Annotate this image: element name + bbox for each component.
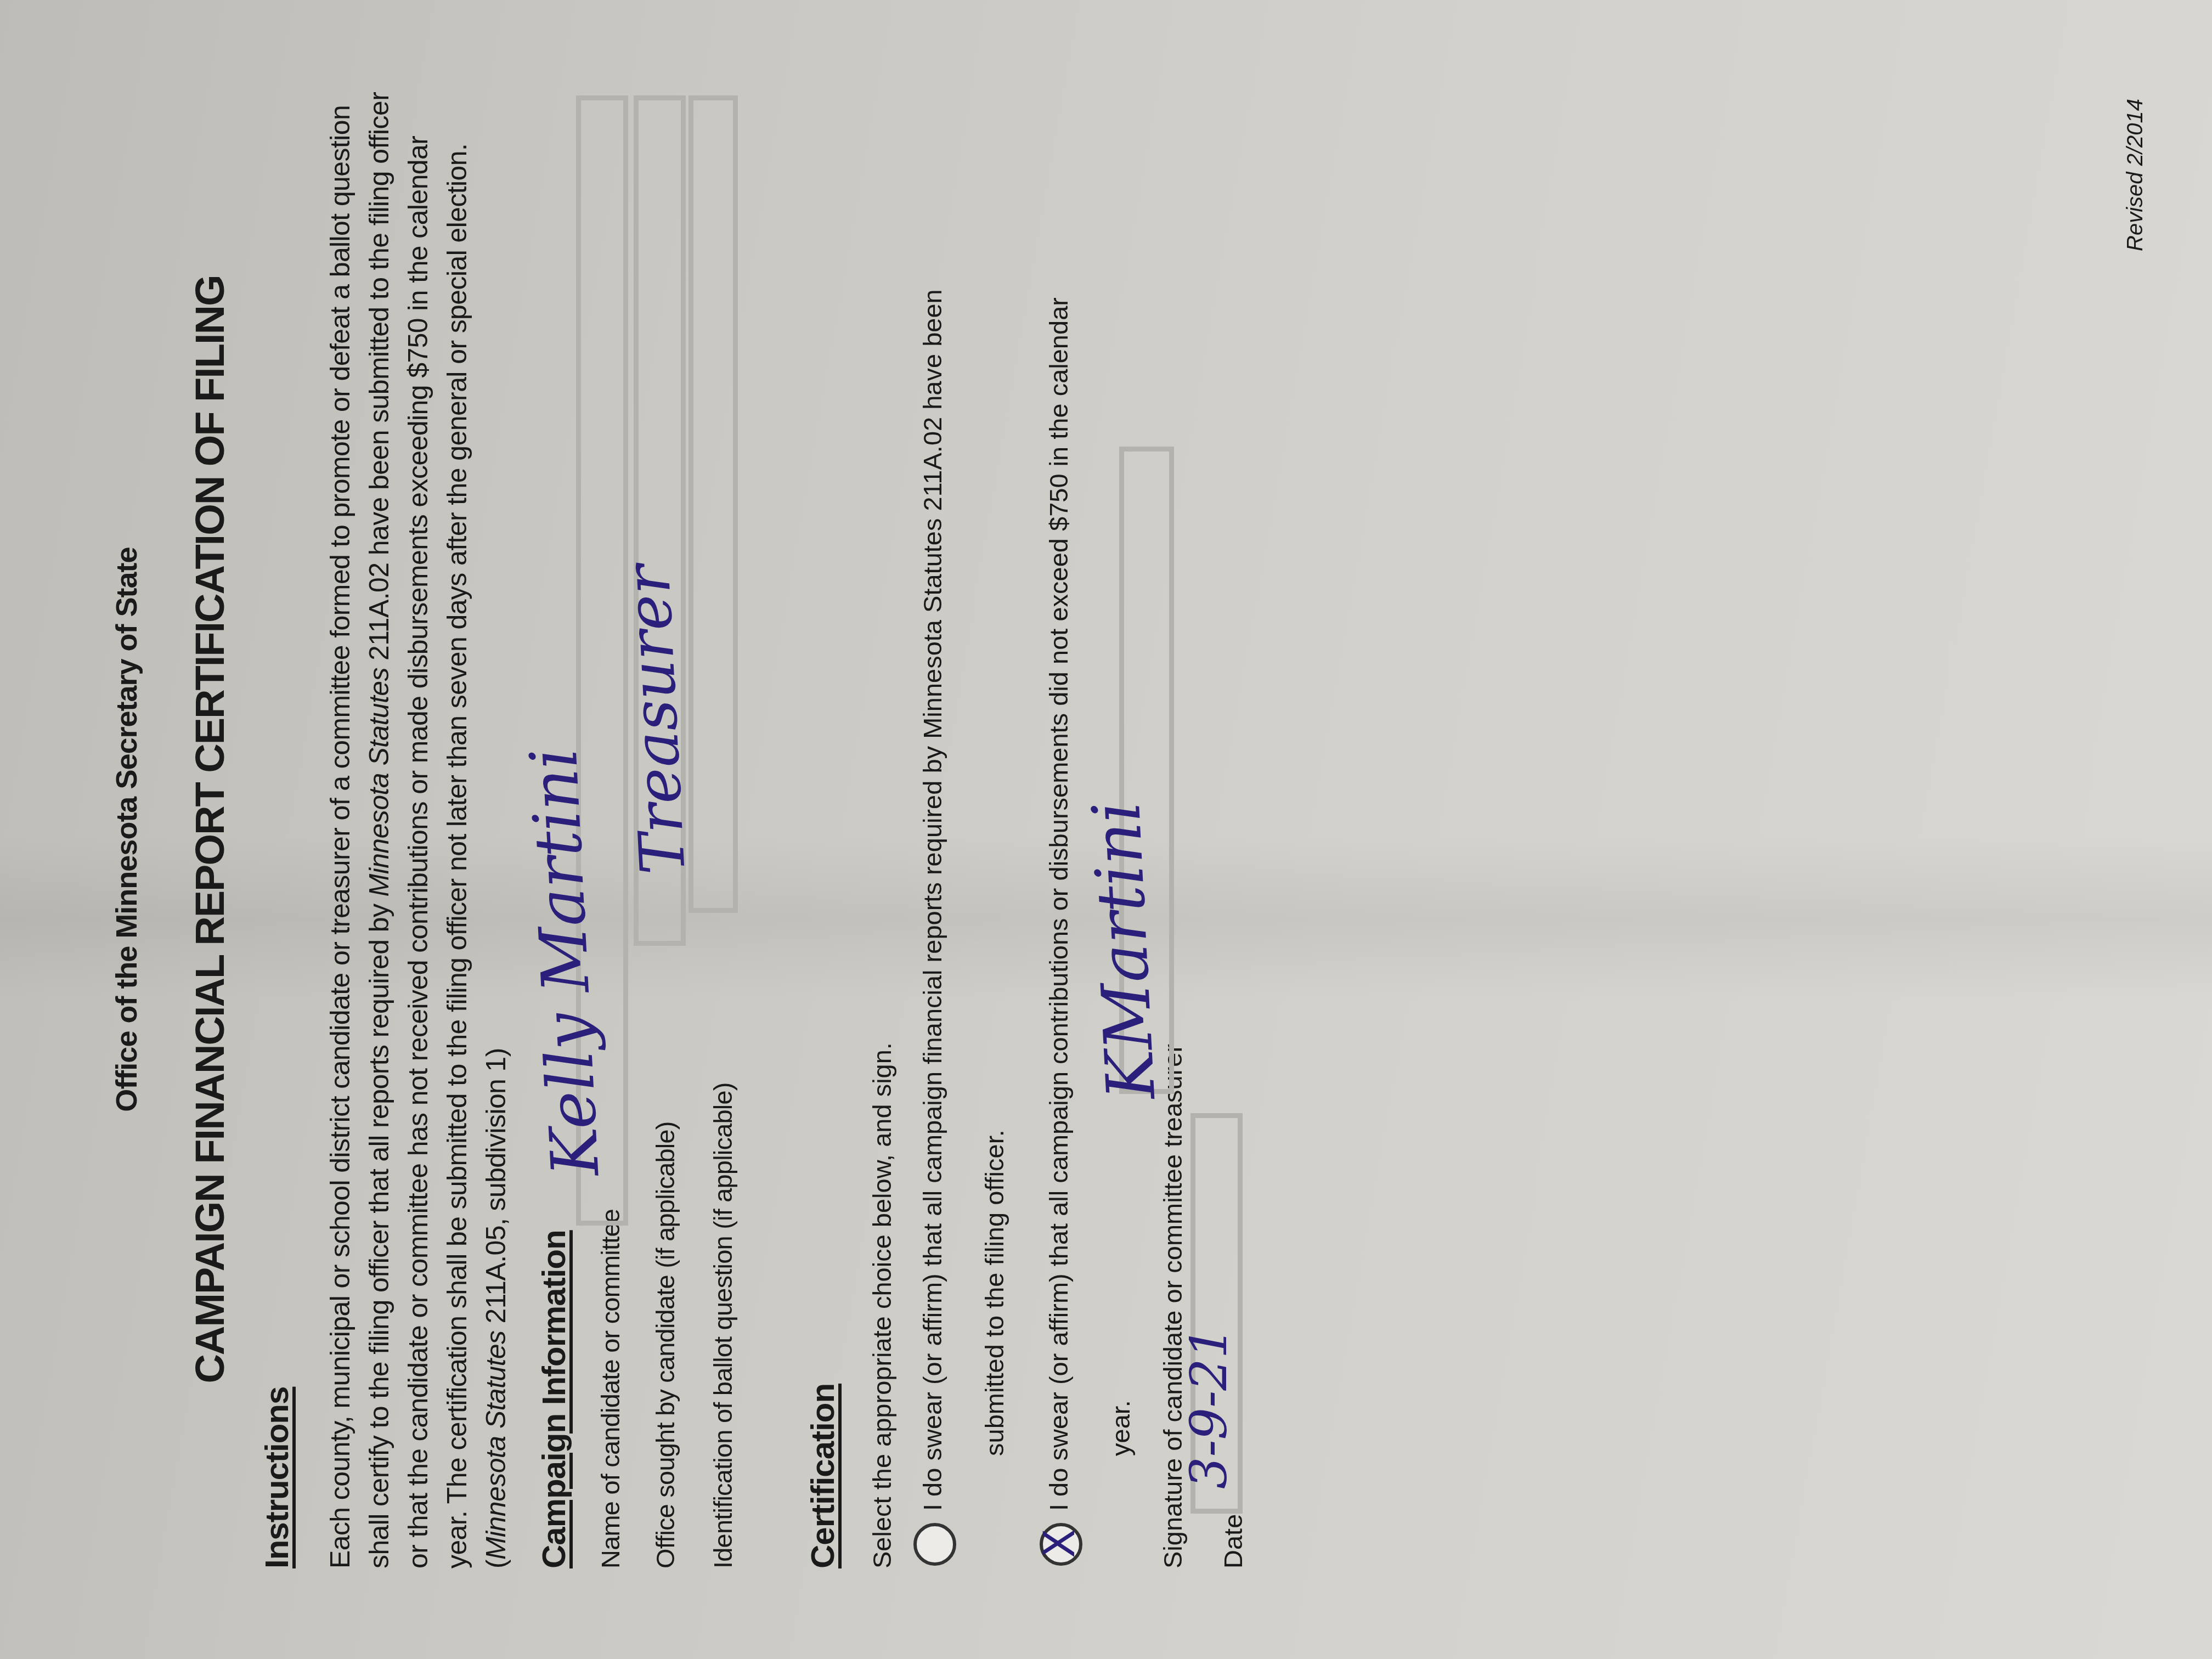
form-page: Office of the Minnesota Secretary of Sta… [0, 0, 2212, 1659]
ballot-question-field[interactable] [689, 95, 738, 913]
date-label: Date [1218, 1514, 1248, 1568]
certification-heading: Certification [804, 1384, 842, 1568]
instructions-text: 211A.05, subdivision 1) [481, 1048, 511, 1331]
certification-instruction: Select the appropriate choice below, and… [867, 1042, 897, 1568]
ballot-question-label: Identification of ballot question (if ap… [708, 1082, 738, 1568]
option-reports-filed-text: I do swear (or affirm) that all campaign… [917, 289, 947, 1511]
option-under-750-text: I do swear (or affirm) that all campaign… [1043, 297, 1074, 1511]
instructions-heading: Instructions [258, 1387, 296, 1568]
statute-reference: Minnesota Statutes [364, 668, 394, 896]
campaign-information-heading: Campaign Information [535, 1230, 573, 1568]
option-reports-filed-text-cont: submitted to the filing officer. [979, 1130, 1009, 1456]
office-sought-label: Office sought by candidate (if applicabl… [650, 1121, 680, 1568]
statute-reference: Minnesota Statutes [481, 1331, 511, 1560]
x-mark-icon: X [1035, 1529, 1085, 1558]
instructions-body: Each county, municipal or school distric… [321, 76, 516, 1568]
signature-handwriting: KMartini [1079, 799, 1170, 1101]
form-title: CAMPAIGN FINANCIAL REPORT CERTIFICATION … [187, 0, 233, 1659]
candidate-name-label: Name of candidate or committee [595, 1209, 625, 1568]
option-under-750-radio[interactable]: X [1040, 1523, 1082, 1566]
option-reports-filed-radio[interactable] [913, 1523, 956, 1566]
revision-note: Revised 2/2014 [2123, 99, 2148, 251]
signature-label: Signature of candidate or committee trea… [1158, 1044, 1188, 1568]
option-under-750-text-cont: year. [1105, 1400, 1136, 1456]
organization-name: Office of the Minnesota Secretary of Sta… [110, 0, 144, 1659]
date-handwriting: 3-9-21 [1180, 1327, 1238, 1489]
